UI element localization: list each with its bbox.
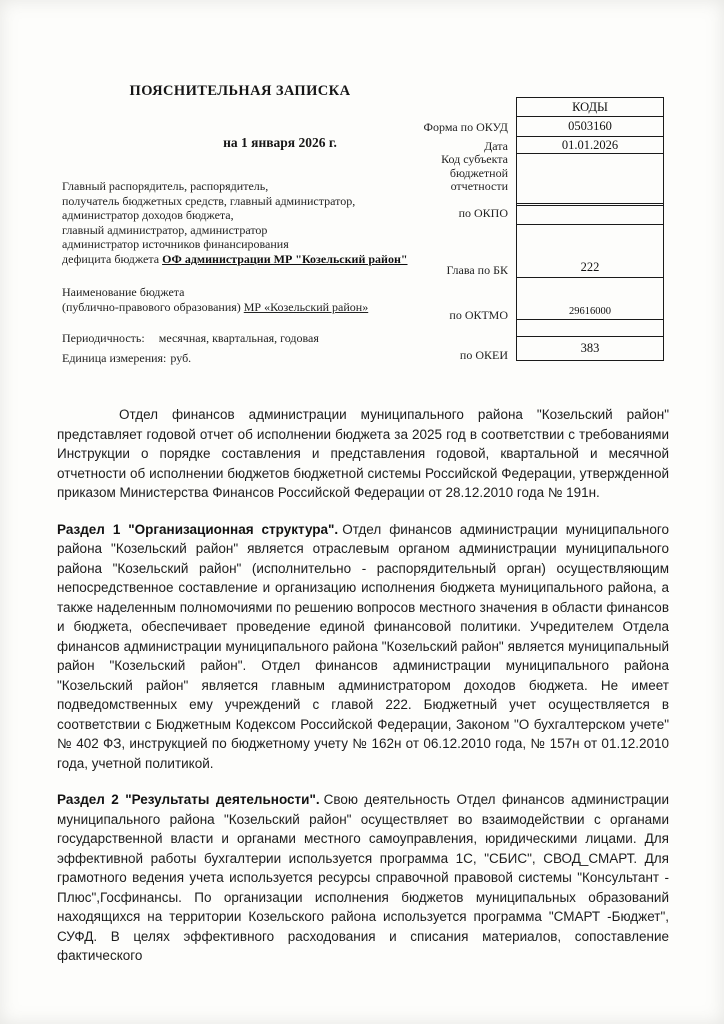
- recipient-line: Главный распорядитель, распорядитель,: [62, 179, 412, 194]
- cell-okei-value: 383: [517, 337, 663, 360]
- unit-value: руб.: [170, 351, 191, 365]
- section1-paragraph: Раздел 1 "Организационная структура".Отд…: [57, 520, 669, 774]
- budget-name-line2: (публично-правового образования) МР «Коз…: [62, 300, 462, 315]
- cell-glava-bk-value: 222: [517, 225, 663, 278]
- cell-subject-code-value: [517, 154, 663, 204]
- intro-paragraph: Отдел финансов администрации муниципальн…: [57, 405, 669, 503]
- section1-text: Отдел финансов администрации муниципальн…: [57, 522, 669, 771]
- section1-heading: Раздел 1 "Организационная структура".: [57, 522, 338, 537]
- document-body: Отдел финансов администрации муниципальн…: [57, 405, 669, 983]
- codes-header-text: КОДЫ: [572, 100, 608, 115]
- cell-empty: [517, 320, 663, 337]
- budget-name-label-line1: Наименование бюджета: [62, 285, 462, 300]
- codes-table-header-cell: КОДЫ: [517, 98, 663, 117]
- cell-date-value: 01.01.2026: [517, 137, 663, 154]
- label-forma-okud: Форма по ОКУД: [378, 121, 508, 135]
- unit-label: Единица измерения:: [62, 351, 166, 365]
- section2-heading: Раздел 2 "Результаты деятельности".: [57, 792, 320, 807]
- unit-line: Единица измерения:руб.: [62, 351, 191, 366]
- periodicity-line: Периодичность:месячная, квартальная, год…: [62, 331, 319, 346]
- label-okei: по ОКЕИ: [378, 349, 508, 363]
- report-date-line: на 1 января 2026 г.: [180, 135, 380, 151]
- recipient-line: главный администратор, администратор: [62, 223, 412, 238]
- cell-okud-value: 0503160: [517, 117, 663, 137]
- recipient-block: Главный распорядитель, распорядитель, по…: [62, 179, 412, 267]
- budget-name-label-line2: (публично-правового образования): [62, 300, 244, 314]
- scanned-document-page: ПОЯСНИТЕЛЬНАЯ ЗАПИСКА на 1 января 2026 г…: [0, 0, 724, 1024]
- periodicity-value: месячная, квартальная, годовая: [159, 331, 319, 345]
- administrator-name: ОФ администрации МР "Козельский район": [162, 252, 407, 266]
- cell-okpo-value: [517, 205, 663, 225]
- section2-text: Свою деятельность Отдел финансов админис…: [57, 792, 669, 963]
- label-subject-code: Код субъекта бюджетной отчетности: [418, 153, 508, 194]
- recipient-line: получатель бюджетных средств, главный ад…: [62, 194, 412, 209]
- recipient-last-line: дефицита бюджета ОФ администрации МР "Ко…: [62, 252, 412, 267]
- section2-paragraph: Раздел 2 "Результаты деятельности".Свою …: [57, 790, 669, 966]
- document-title: ПОЯСНИТЕЛЬНАЯ ЗАПИСКА: [95, 83, 385, 100]
- recipient-line: администратор доходов бюджета,: [62, 208, 412, 223]
- codes-table: КОДЫ 0503160 01.01.2026 222 29616000 383: [516, 97, 664, 361]
- cell-oktmo-value: 29616000: [517, 278, 663, 320]
- periodicity-label: Периодичность:: [62, 331, 145, 345]
- budget-name-block: Наименование бюджета (публично-правового…: [62, 285, 462, 315]
- recipient-last-line-prefix: дефицита бюджета: [62, 252, 162, 266]
- recipient-line: администратор источников финансирования: [62, 237, 412, 252]
- budget-name-value: МР «Козельский район»: [244, 300, 368, 314]
